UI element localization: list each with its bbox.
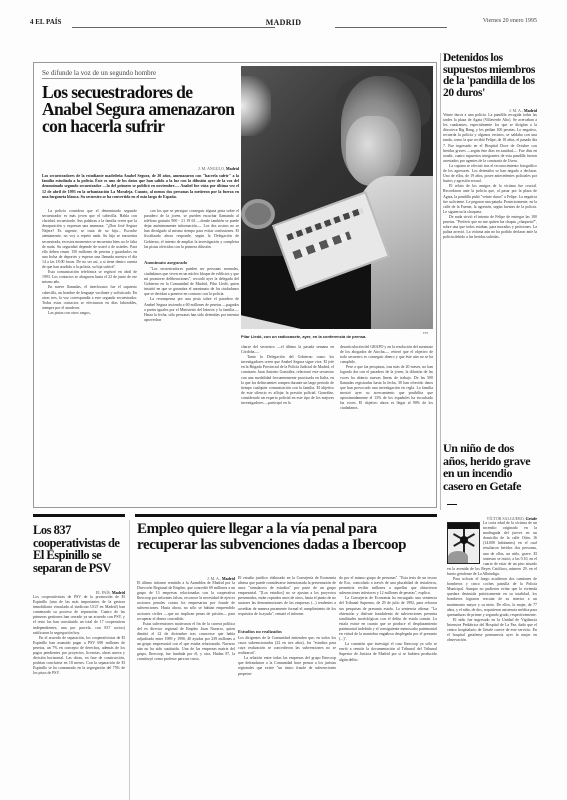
article-kicker: Se difunde la voz de un segundo hombre <box>42 69 156 79</box>
article-subhead: Estudios no realizados <box>238 629 336 634</box>
bottom-left-article: EL PAÍS, Madrid Los cooperativistas de P… <box>33 590 125 677</box>
article-subhead: Anonimato asegurado <box>144 260 239 265</box>
article-column-2: con los que se persigue conseguir alguna… <box>144 209 239 323</box>
top-article: Se difunde la voz de un segundo hombre L… <box>33 62 437 508</box>
fire-illustration-icon <box>447 522 480 564</box>
page-date: Viernes 20 enero 1995 <box>483 18 537 24</box>
article-headline: Detenidos los supuestos miembros de la '… <box>443 53 537 99</box>
right-mid-article: Un niño de dos años, herido grave en un … <box>443 442 537 492</box>
article-headline: Empleo quiere llegar a la vía penal para… <box>137 521 437 553</box>
right-top-article: Detenidos los supuestos miembros de la '… <box>443 53 537 240</box>
article-headline: Los 837 cooperativistas de El Espinillo … <box>33 524 125 574</box>
section-bar <box>135 514 437 517</box>
article-headline: Un niño de dos años, herido grave en un … <box>443 442 537 492</box>
article-dateline: J. M. ANGULO, Madrid <box>42 166 239 171</box>
photo-caption: Pilar Lledó, con un radiocasete, ayer, e… <box>241 334 433 339</box>
article-column-2: El estudio jurídico elaborado en la Cons… <box>238 576 336 677</box>
article-headline: Los secuestradores de Anabel Segura amen… <box>42 84 242 135</box>
page-header: 4 EL PAÍS MADRID Viernes 20 enero 1995 <box>30 16 537 32</box>
article-photo <box>241 66 433 329</box>
column-divider <box>440 53 441 510</box>
article-column-3: charse del secuestro —el último la pasad… <box>241 345 334 406</box>
article-column-3: do por el mismo grupo de personas". "Est… <box>339 576 437 663</box>
section-bar <box>33 514 125 517</box>
article-column-4: desarticulación del GRAPO y en la resolu… <box>340 345 433 411</box>
column-divider <box>129 520 130 800</box>
article-column-1: La policía considera que el denominado s… <box>42 209 137 316</box>
bottom-right-article: VÍCTOR SALGUERO, Getafe La corta edad de… <box>447 516 537 643</box>
section-bar <box>447 504 457 505</box>
article-body: Los cooperativistas de PSV de la promoci… <box>33 595 125 677</box>
header-rule <box>72 27 447 28</box>
article-lead: Los secuestradores de la estudiante madr… <box>42 173 239 199</box>
article-body: Veinte duros a una policía. La pandilla … <box>443 113 537 240</box>
section-title: MADRID <box>30 18 537 27</box>
article-column-1: J. M. A., Madrid El último informe remit… <box>137 576 235 663</box>
microphone-shape <box>241 199 275 229</box>
